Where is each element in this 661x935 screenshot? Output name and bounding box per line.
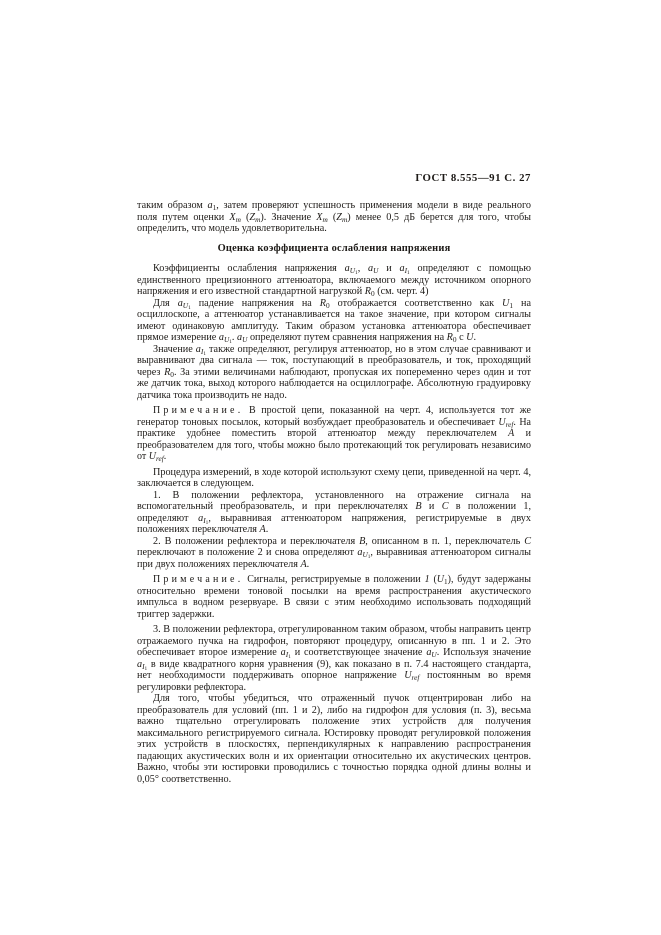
formula-symbol: U xyxy=(498,417,505,428)
formula-symbol: C xyxy=(524,536,531,547)
body-paragraph: Процедура измерений, в ходе которой испо… xyxy=(137,467,531,490)
running-head: ГОСТ 8.555—91 С. 27 xyxy=(137,172,531,184)
formula-symbol: U xyxy=(466,332,473,343)
body-paragraph: 1. В положении рефлектора, установленног… xyxy=(137,490,531,536)
document-body: таким образом a1, затем проверяют успешн… xyxy=(137,200,531,785)
body-paragraph: Для aU1 падение напряжения на R0 отображ… xyxy=(137,298,531,344)
formula-symbol: U xyxy=(404,670,411,681)
body-paragraph: 2. В положении рефлектора и переключател… xyxy=(137,536,531,571)
document-page: ГОСТ 8.555—91 С. 27 таким образом a1, за… xyxy=(0,0,661,935)
body-paragraph: Значение aI1 также определяют, регулируя… xyxy=(137,344,531,402)
body-paragraph: Для того, чтобы убедиться, что отраженны… xyxy=(137,693,531,785)
body-paragraph: таким образом a1, затем проверяют успешн… xyxy=(137,200,531,235)
formula-symbol: U xyxy=(437,574,444,585)
formula-symbol: ref xyxy=(156,455,164,463)
note-paragraph: Примечание. Сигналы, регистрируемые в по… xyxy=(137,574,531,620)
section-heading: Оценка коэффициента ослабления напряжени… xyxy=(137,243,531,255)
formula-symbol: U xyxy=(149,451,156,462)
body-paragraph: Коэффициенты ослабления напряжения aU1, … xyxy=(137,263,531,298)
body-paragraph: 3. В положении рефлектора, отрегулирован… xyxy=(137,624,531,693)
note-paragraph: Примечание. В простой цепи, показанной н… xyxy=(137,405,531,463)
text-block: ГОСТ 8.555—91 С. 27 таким образом a1, за… xyxy=(137,172,531,785)
